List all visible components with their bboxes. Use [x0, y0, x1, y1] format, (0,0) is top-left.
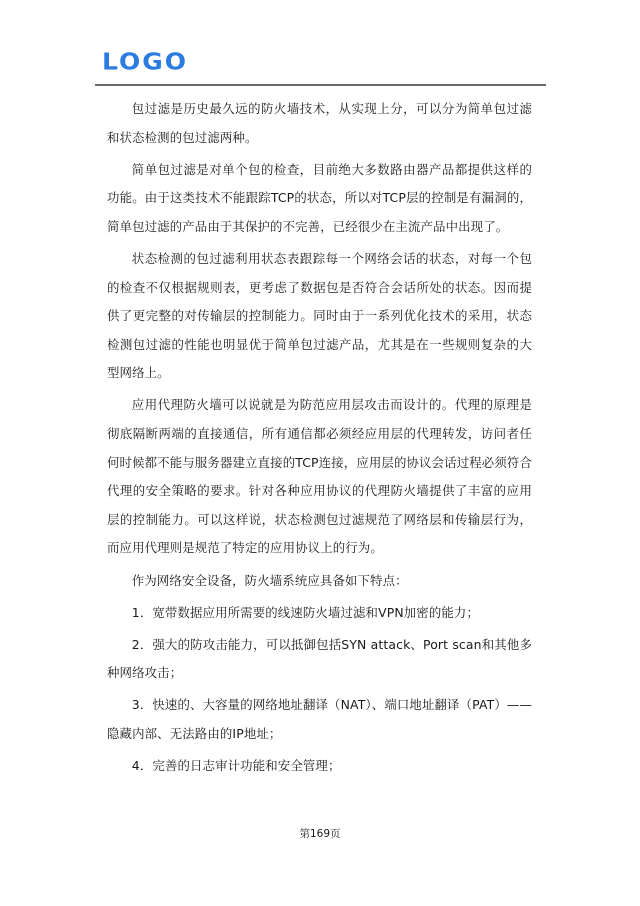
paragraph-simple-packet-filter: 简单包过滤是对单个包的检查，目前绝大多数路由器产品都提供这样的功能。由于这类技术… [107, 156, 532, 242]
list-item-feature-1: 1．宽带数据应用所需要的线速防火墙过滤和VPN加密的能力； [107, 599, 532, 628]
logo: LOGO [102, 50, 188, 73]
list-item-feature-4: 4．完善的日志审计功能和安全管理； [107, 752, 532, 781]
paragraph-packet-filter-intro: 包过滤是历史最久远的防火墙技术，从实现上分，可以分为简单包过滤和状态检测的包过滤… [107, 95, 532, 152]
paragraph-stateful-inspection: 状态检测的包过滤利用状态表跟踪每一个网络会话的状态，对每一个包的检查不仅根据规则… [107, 245, 532, 388]
paragraph-features-intro: 作为网络安全设备，防火墙系统应具备如下特点： [107, 567, 532, 596]
document-body: 包过滤是历史最久远的防火墙技术，从实现上分，可以分为简单包过滤和状态检测的包过滤… [107, 95, 532, 784]
list-item-feature-2: 2．强大的防攻击能力，可以抵御包括SYN attack、Port scan和其他… [107, 631, 532, 688]
list-item-feature-3: 3．快速的、大容量的网络地址翻译（NAT）、端口地址翻译（PAT）——隐藏内部、… [107, 691, 532, 748]
page-number: 第169页 [0, 826, 640, 841]
header-divider [95, 84, 546, 86]
paragraph-application-proxy: 应用代理防火墙可以说就是为防范应用层攻击而设计的。代理的原理是彻底隔断两端的直接… [107, 391, 532, 563]
